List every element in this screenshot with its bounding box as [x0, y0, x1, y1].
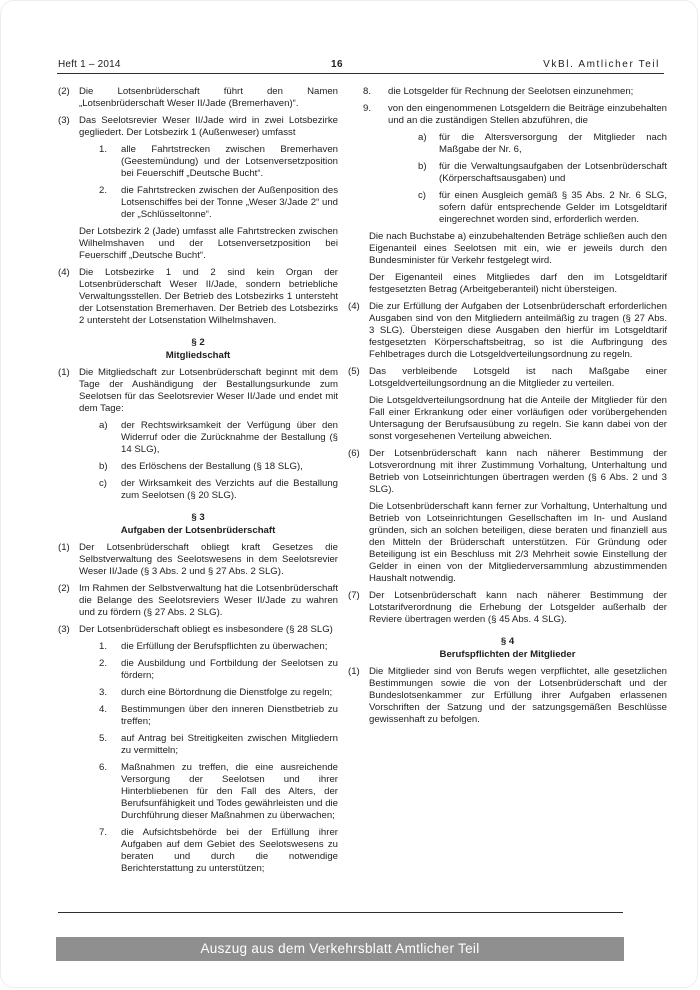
section-number: § 3	[58, 512, 338, 525]
paragraph-number: (2)	[58, 86, 79, 110]
paragraph: (5)Das verbleibende Lotsgeld ist nach Ma…	[348, 366, 667, 390]
list-item-text: für die Verwaltungsaufgaben der Lotsenbr…	[439, 161, 667, 185]
list-item: c)der Wirksamkeit des Verzichts auf die …	[99, 478, 338, 502]
paragraph-text: Der Lotsenbrüderschaft obliegt kraft Ges…	[79, 542, 338, 578]
list-item: 8.die Lotsgelder für Rechnung der Seelot…	[363, 86, 667, 98]
paragraph-text: Der Lotsenbrüderschaft kann nach näherer…	[369, 448, 667, 496]
list-item: 1.alle Fahrtstrecken zwischen Bremerhave…	[99, 144, 338, 180]
list-item-number: 2.	[99, 658, 121, 682]
paragraph: (4)Die Lotsbezirke 1 und 2 sind kein Org…	[58, 267, 338, 327]
list-item: 9.von den eingenommenen Lotsgeldern die …	[363, 103, 667, 127]
paragraph-number: (4)	[348, 301, 369, 361]
paragraph-number: (3)	[58, 115, 79, 139]
list-item-number: 1.	[99, 641, 121, 653]
section-heading: § 3Aufgaben der Lotsenbrüderschaft	[58, 512, 338, 537]
paragraph-text: Das verbleibende Lotsgeld ist nach Maßga…	[369, 366, 667, 390]
paragraph-text: Die Lotsenbrüderschaft führt den Namen „…	[79, 86, 338, 110]
paragraph-text: Die Lotsgeldverteilungsordnung hat die A…	[369, 395, 667, 443]
section-title: Berufspflichten der Mitglieder	[348, 649, 667, 662]
paragraph: (1)Die Mitglieder sind von Berufs wegen …	[348, 666, 667, 726]
section-heading: § 4Berufspflichten der Mitglieder	[348, 636, 667, 661]
section-number: § 4	[348, 636, 667, 649]
column-right: 8.die Lotsgelder für Rechnung der Seelot…	[348, 86, 667, 910]
list-item-letter: c)	[418, 190, 439, 226]
header-page-number: 16	[326, 59, 348, 70]
paragraph: (1)Die Mitgliedschaft zur Lotsenbrüdersc…	[58, 367, 338, 415]
text-columns: (2)Die Lotsenbrüderschaft führt den Name…	[58, 86, 667, 910]
list-item-text: der Rechtswirksamkeit der Verfügung über…	[121, 420, 338, 456]
list-item: b)des Erlöschens der Bestallung (§ 18 SL…	[99, 461, 338, 473]
paragraph-text: Die Mitgliedschaft zur Lotsenbrüderschaf…	[79, 367, 338, 415]
list-item-letter: b)	[418, 161, 439, 185]
list-item-number: 7.	[99, 827, 121, 875]
paragraph: (6)Der Lotsenbrüderschaft kann nach nähe…	[348, 448, 667, 496]
paragraph: (4)Die zur Erfüllung der Aufgaben der Lo…	[348, 301, 667, 361]
paragraph: (2)Im Rahmen der Selbstverwaltung hat di…	[58, 583, 338, 619]
list-item-number: 9.	[363, 103, 388, 127]
list-item-text: die Fahrtstrecken zwischen der Außenposi…	[121, 185, 338, 221]
list-item-letter: a)	[418, 132, 439, 156]
header-rule	[57, 73, 664, 74]
paragraph: Die Lotsgeldverteilungsordnung hat die A…	[369, 395, 667, 443]
list-item-number: 8.	[363, 86, 388, 98]
list-item-text: die Aufsichtsbehörde bei der Erfüllung i…	[121, 827, 338, 875]
list-item-text: die Ausbildung und Fortbildung der Seelo…	[121, 658, 338, 682]
list-item: b)für die Verwaltungsaufgaben der Lotsen…	[418, 161, 667, 185]
paragraph-number: (4)	[58, 267, 79, 327]
list-item-text: durch eine Börtordnung die Dienstfolge z…	[121, 687, 338, 699]
paragraph-text: Der Lotsenbrüderschaft kann nach näherer…	[369, 590, 667, 626]
list-item-text: für einen Ausgleich gemäß § 35 Abs. 2 Nr…	[439, 190, 667, 226]
list-item-number: 6.	[99, 762, 121, 822]
list-item: a)der Rechtswirksamkeit der Verfügung üb…	[99, 420, 338, 456]
section-number: § 2	[58, 337, 338, 350]
paragraph: (7)Der Lotsenbrüderschaft kann nach nähe…	[348, 590, 667, 626]
list-item-text: auf Antrag bei Streitigkeiten zwischen M…	[121, 733, 338, 757]
section-title: Mitgliedschaft	[58, 350, 338, 363]
paragraph: Die Lotsenbrüderschaft kann ferner zur V…	[369, 501, 667, 585]
list-item: 2.die Fahrtstrecken zwischen der Außenpo…	[99, 185, 338, 221]
list-item-number: 5.	[99, 733, 121, 757]
list-item-text: die Erfüllung der Berufspflichten zu übe…	[121, 641, 338, 653]
list-item: a)für die Altersversorgung der Mitgliede…	[418, 132, 667, 156]
paragraph-text: Der Eigenanteil eines Mitgliedes darf de…	[369, 272, 667, 296]
list-item-text: des Erlöschens der Bestallung (§ 18 SLG)…	[121, 461, 338, 473]
list-item: 3.durch eine Börtordnung die Dienstfolge…	[99, 687, 338, 699]
section-heading: § 2Mitgliedschaft	[58, 337, 338, 362]
header-issue: Heft 1 – 2014	[58, 59, 121, 70]
list-item: 7.die Aufsichtsbehörde bei der Erfüllung…	[99, 827, 338, 875]
list-item: 2.die Ausbildung und Fortbildung der See…	[99, 658, 338, 682]
footer-rule	[58, 912, 623, 913]
paragraph: Die nach Buchstabe a) einzubehaltenden B…	[369, 231, 667, 267]
paragraph-text: Die Lotsbezirke 1 und 2 sind kein Organ …	[79, 267, 338, 327]
header-journal-title: VkBl. Amtlicher Teil	[543, 59, 660, 70]
paragraph-number: (1)	[58, 542, 79, 578]
paragraph-text: Der Lotsbezirk 2 (Jade) umfasst alle Fah…	[79, 226, 338, 262]
paragraph: (1)Der Lotsenbrüderschaft obliegt kraft …	[58, 542, 338, 578]
paragraph: Der Lotsbezirk 2 (Jade) umfasst alle Fah…	[79, 226, 338, 262]
paragraph-number: (7)	[348, 590, 369, 626]
list-item-text: Bestimmungen über den inneren Dienstbetr…	[121, 704, 338, 728]
paragraph-text: Die nach Buchstabe a) einzubehaltenden B…	[369, 231, 667, 267]
column-left: (2)Die Lotsenbrüderschaft führt den Name…	[58, 86, 338, 910]
list-item-letter: c)	[99, 478, 121, 502]
list-item-text: alle Fahrtstrecken zwischen Bremerhaven …	[121, 144, 338, 180]
list-item-text: die Lotsgelder für Rechnung der Seelotse…	[388, 86, 667, 98]
list-item-text: der Wirksamkeit des Verzichts auf die Be…	[121, 478, 338, 502]
paragraph: (2)Die Lotsenbrüderschaft führt den Name…	[58, 86, 338, 110]
list-item-number: 1.	[99, 144, 121, 180]
paragraph: Der Eigenanteil eines Mitgliedes darf de…	[369, 272, 667, 296]
list-item-text: Maßnahmen zu treffen, die eine ausreiche…	[121, 762, 338, 822]
paragraph: (3)Der Lotsenbrüderschaft obliegt es ins…	[58, 624, 338, 636]
paragraph-text: Die Mitglieder sind von Berufs wegen ver…	[369, 666, 667, 726]
paragraph-text: Im Rahmen der Selbstverwaltung hat die L…	[79, 583, 338, 619]
paragraph-text: Der Lotsenbrüderschaft obliegt es insbes…	[79, 624, 338, 636]
paragraph: (3)Das Seelotsrevier Weser II/Jade wird …	[58, 115, 338, 139]
list-item-text: für die Altersversorgung der Mitglieder …	[439, 132, 667, 156]
list-item-number: 4.	[99, 704, 121, 728]
list-item: 4.Bestimmungen über den inneren Dienstbe…	[99, 704, 338, 728]
paragraph-number: (3)	[58, 624, 79, 636]
list-item-text: von den eingenommenen Lotsgeldern die Be…	[388, 103, 667, 127]
list-item: 5.auf Antrag bei Streitigkeiten zwischen…	[99, 733, 338, 757]
paragraph-text: Die Lotsenbrüderschaft kann ferner zur V…	[369, 501, 667, 585]
document-page: Heft 1 – 2014 16 VkBl. Amtlicher Teil (2…	[0, 0, 698, 988]
list-item-number: 2.	[99, 185, 121, 221]
list-item: 6.Maßnahmen zu treffen, die eine ausreic…	[99, 762, 338, 822]
section-title: Aufgaben der Lotsenbrüderschaft	[58, 525, 338, 538]
list-item-letter: a)	[99, 420, 121, 456]
paragraph-number: (1)	[58, 367, 79, 415]
paragraph-text: Die zur Erfüllung der Aufgaben der Lotse…	[369, 301, 667, 361]
list-item: 1.die Erfüllung der Berufspflichten zu ü…	[99, 641, 338, 653]
paragraph-number: (6)	[348, 448, 369, 496]
paragraph-text: Das Seelotsrevier Weser II/Jade wird in …	[79, 115, 338, 139]
paragraph-number: (2)	[58, 583, 79, 619]
paragraph-number: (1)	[348, 666, 369, 726]
list-item-number: 3.	[99, 687, 121, 699]
paragraph-number: (5)	[348, 366, 369, 390]
list-item-letter: b)	[99, 461, 121, 473]
footer-banner: Auszug aus dem Verkehrsblatt Amtlicher T…	[56, 937, 624, 961]
list-item: c)für einen Ausgleich gemäß § 35 Abs. 2 …	[418, 190, 667, 226]
